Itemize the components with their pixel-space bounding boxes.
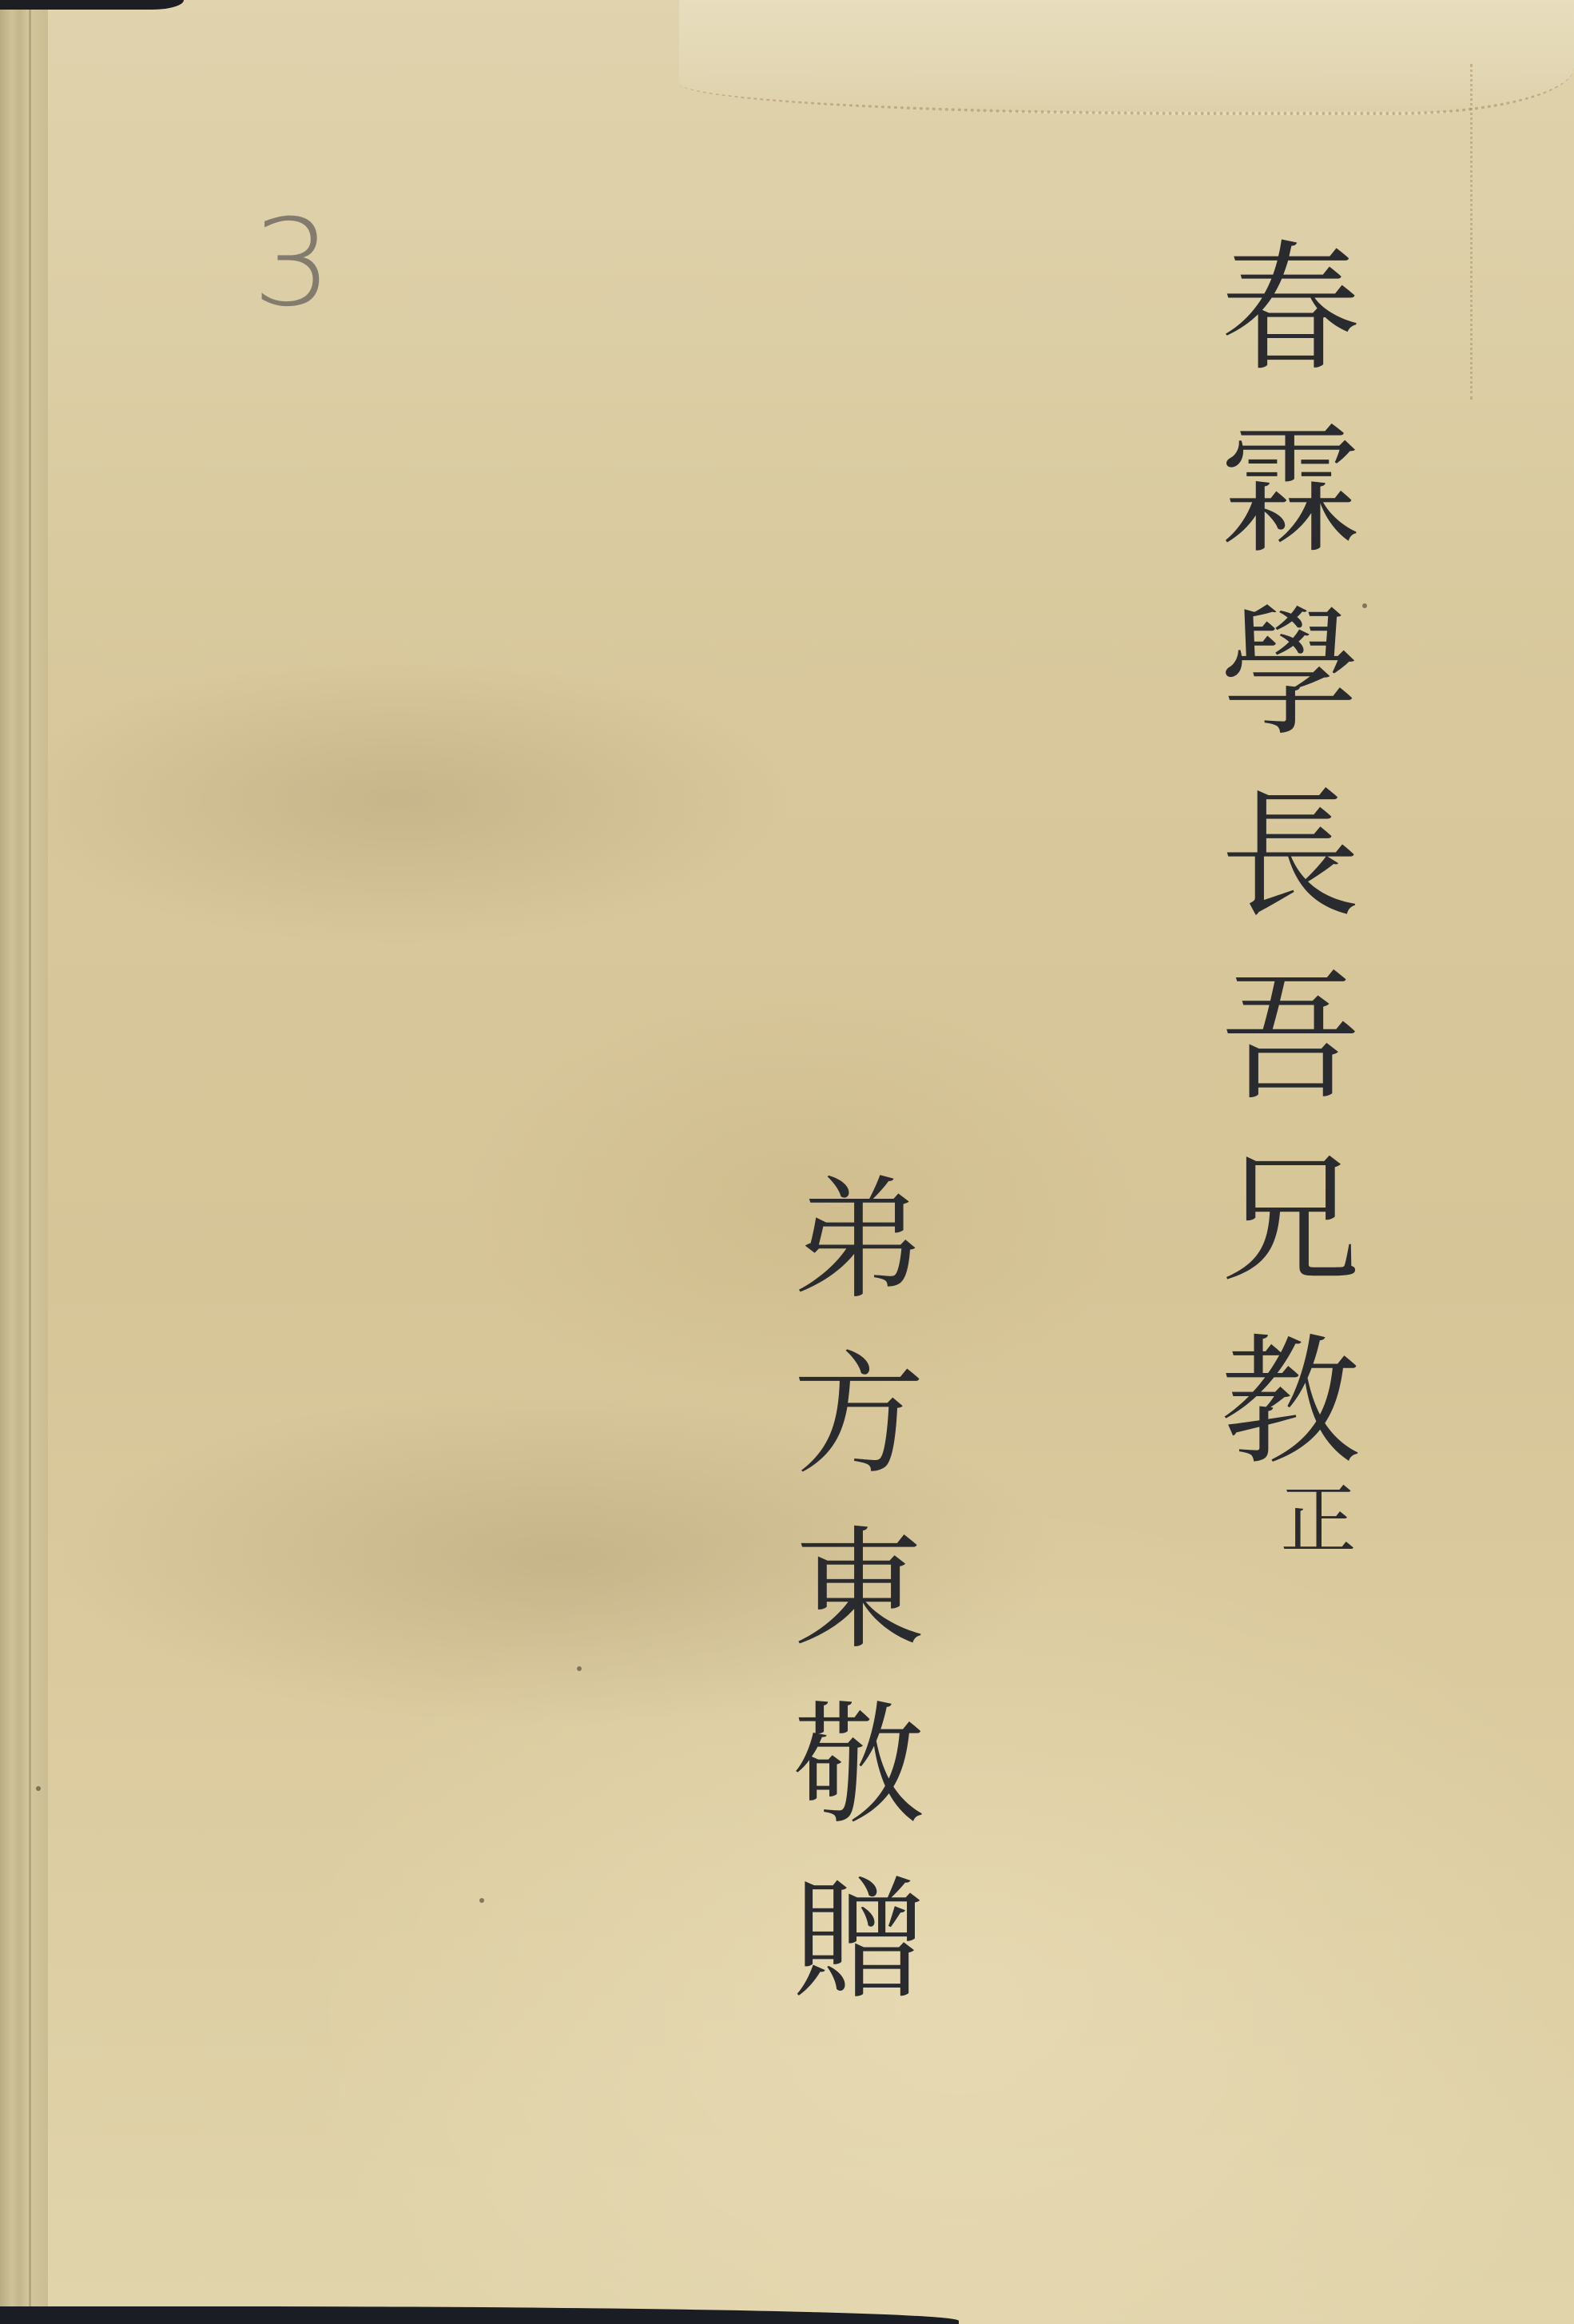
inscription-char: 敬: [793, 1700, 925, 1864]
paper-speck: [577, 1666, 582, 1671]
paper-speck: [36, 1786, 41, 1791]
inscription-char: 方: [793, 1350, 925, 1514]
inscription-char: 長: [1221, 786, 1361, 954]
inscription-char: 學: [1221, 604, 1361, 772]
inscription-recipient-column: 春 霖 學 長 吾 兄 教 正: [1198, 240, 1382, 1578]
inscription-char: 春: [1221, 240, 1361, 408]
pencil-page-number: 3: [252, 204, 332, 324]
inscription-char: 教: [1221, 1333, 1361, 1501]
inscription-char: 弟: [793, 1175, 925, 1339]
water-stain-top: [679, 0, 1574, 115]
inscription-char: 正: [1280, 1483, 1356, 1563]
book-flyleaf-page: 3 春 霖 學 長 吾 兄 教 正 弟 方 東 敬 贈: [0, 0, 1574, 2324]
inscription-char: 東: [793, 1525, 925, 1689]
water-stain-right: [1470, 64, 1477, 400]
inscription-char: 贈: [793, 1875, 925, 2039]
gutter-fold-line: [29, 0, 31, 2324]
paper-speck: [479, 1898, 484, 1903]
inscription-sender-column: 弟 方 東 敬 贈: [779, 1175, 939, 2050]
paper-speck: [1362, 603, 1367, 608]
cover-edge-bottom: [0, 2306, 959, 2324]
inscription-char: 兄: [1221, 1151, 1361, 1319]
inscription-char: 吾: [1221, 969, 1361, 1136]
inscription-char: 霖: [1221, 422, 1361, 590]
cover-edge-top: [0, 0, 184, 10]
binding-gutter: [0, 0, 48, 2324]
